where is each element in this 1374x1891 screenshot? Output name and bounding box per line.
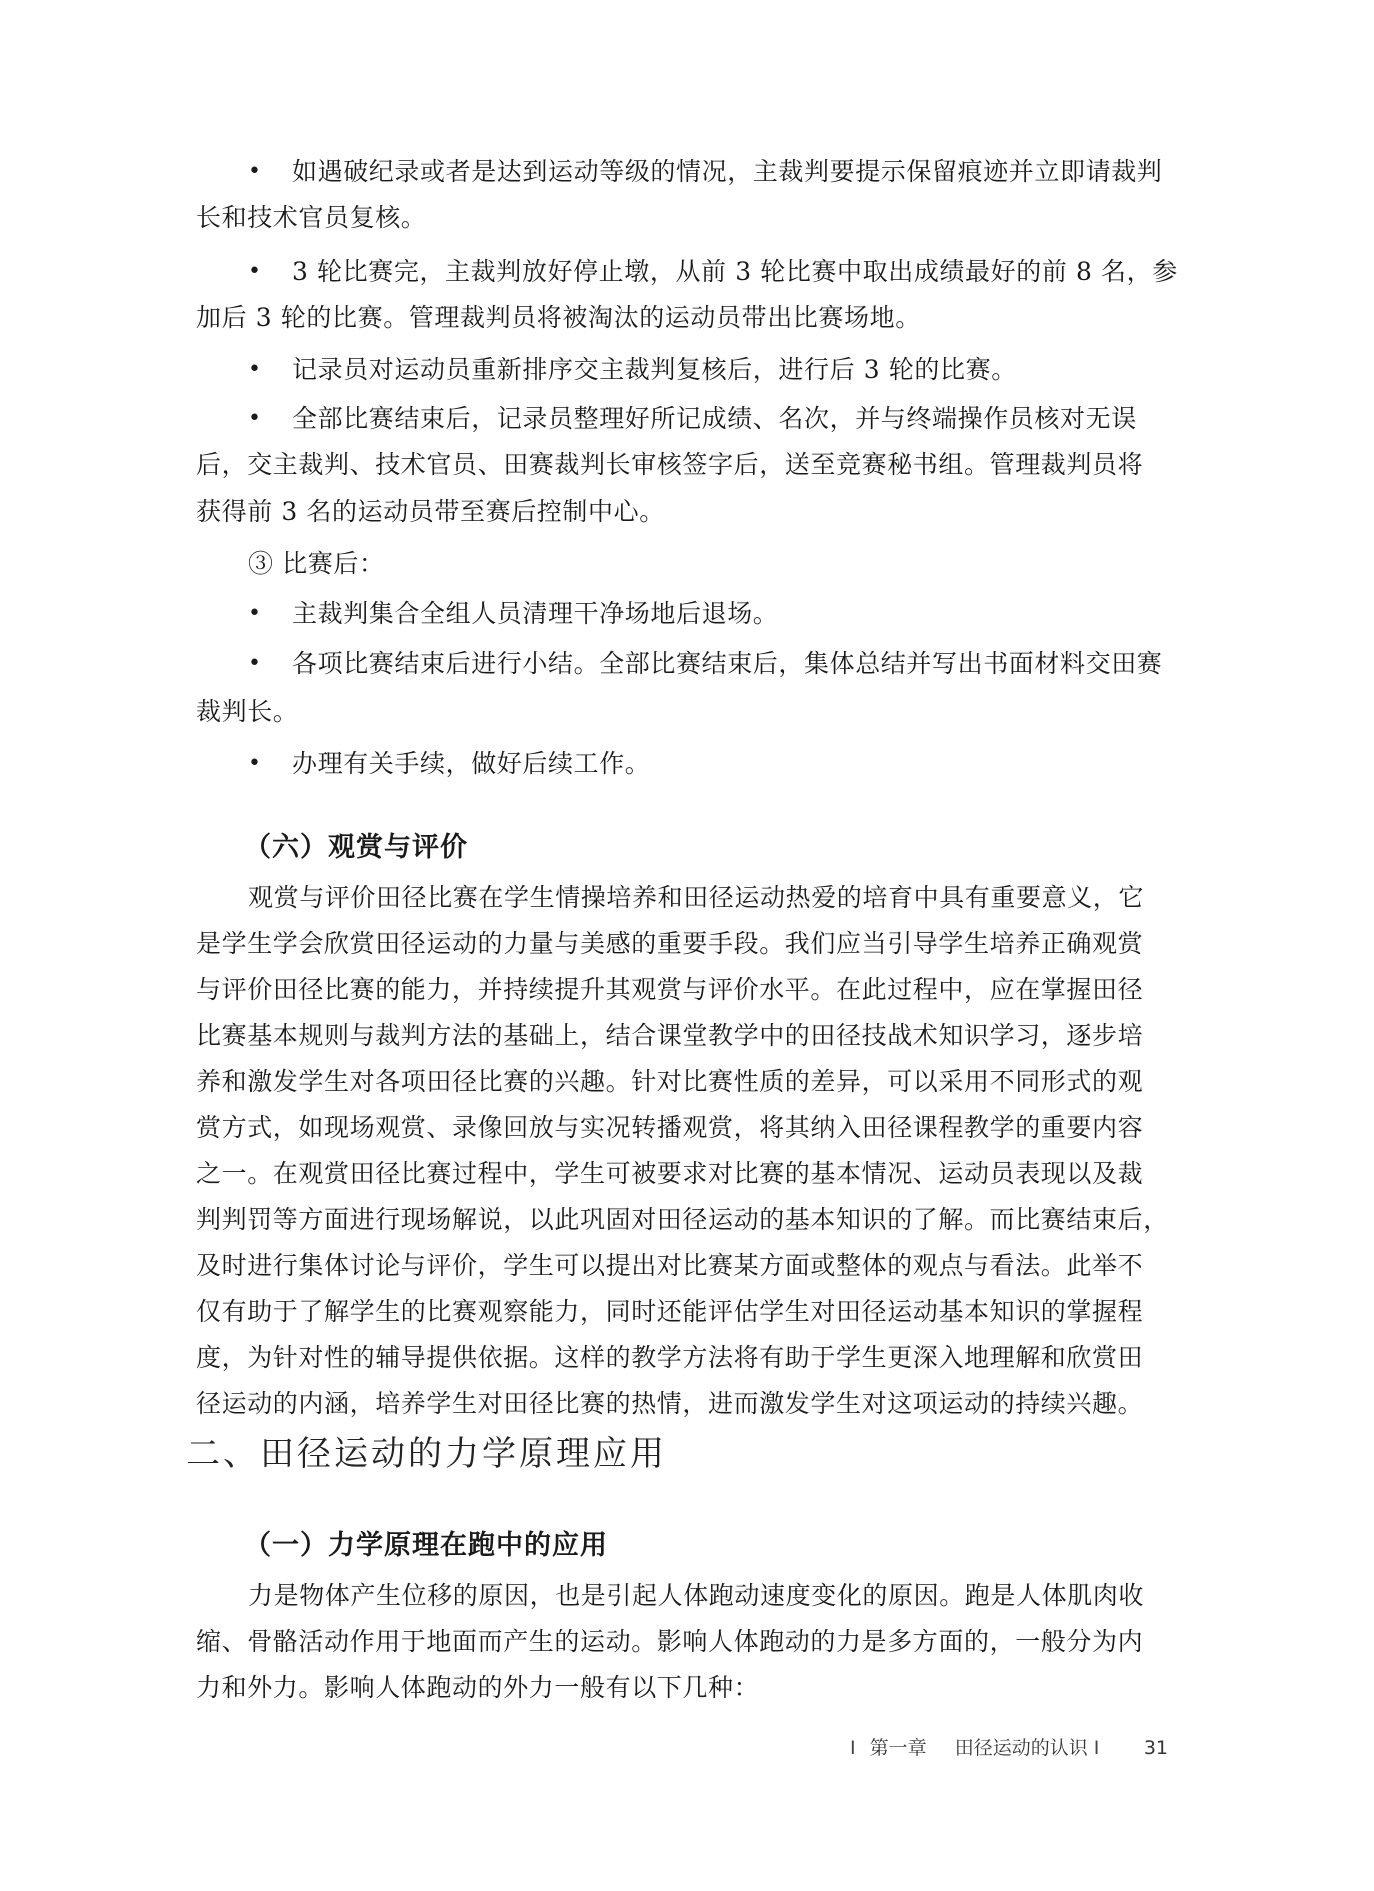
paragraph-line: 仅有助于了解学生的比赛观察能力，同时还能评估学生对田径运动基本知识的掌握程 (196, 1292, 1186, 1332)
paragraph-line: 力和外力。影响人体跑动的外力一般有以下几种： (196, 1668, 1186, 1708)
paragraph-line: 比赛基本规则与裁判方法的基础上，结合课堂教学中的田径技战术知识学习，逐步培 (196, 1016, 1186, 1056)
bullet-icon: • (248, 594, 262, 634)
bullet-icon: • (248, 152, 262, 192)
bullet-icon: • (248, 399, 262, 439)
footer-divider-left: I (850, 1733, 856, 1763)
after-match-label: ③ 比赛后： (196, 544, 1238, 584)
bullet-icon: • (248, 644, 262, 684)
book-page: • 如遇破纪录或者是达到运动等级的情况，主裁判要提示保留痕迹并立即请裁判 长和技… (0, 0, 1374, 1891)
paragraph-line: 及时进行集体讨论与评价，学生可以提出对比赛某方面或整体的观点与看法。此举不 (196, 1246, 1186, 1286)
footer-divider-right: I (1094, 1733, 1100, 1763)
footer-chapter: 第一章 (870, 1737, 927, 1759)
bullet-continuation: 获得前 3 名的运动员带至赛后控制中心。 (196, 492, 1186, 532)
paragraph-line: 判判罚等方面进行现场解说，以此巩固对田径运动的基本知识的了解。而比赛结束后， (196, 1200, 1186, 1240)
paragraph-line: 力是物体产生位移的原因，也是引起人体跑动速度变化的原因。跑是人体肌肉收 (196, 1576, 1238, 1616)
paragraph-line: 是学生学会欣赏田径运动的力量与美感的重要手段。我们应当引导学生培养正确观赏 (196, 924, 1186, 964)
paragraph-line: 观赏与评价田径比赛在学生情操培养和田径运动热爱的培育中具有重要意义，它 (196, 878, 1238, 918)
paragraph-line: 度，为针对性的辅导提供依据。这样的教学方法将有助于学生更深入地理解和欣赏田 (196, 1338, 1186, 1378)
bullet-icon: • (248, 350, 262, 390)
page-footer: I 第一章 田径运动的认识 I 31 (850, 1733, 1190, 1763)
bullet-continuation: 裁判长。 (196, 692, 1186, 732)
chapter-section-heading: 二、田径运动的力学原理应用 (186, 1430, 667, 1478)
paragraph-line: 径运动的内涵，培养学生对田径比赛的热情，进而激发学生对这项运动的持续兴趣。 (196, 1384, 1186, 1424)
paragraph-line: 缩、骨骼活动作用于地面而产生的运动。影响人体跑动的力是多方面的，一般分为内 (196, 1622, 1186, 1662)
paragraph-line: 养和激发学生对各项田径比赛的兴趣。针对比赛性质的差异，可以采用不同形式的观 (196, 1062, 1186, 1102)
bullet-continuation: 长和技术官员复核。 (196, 198, 1186, 238)
section-heading: （六）观赏与评价 (244, 828, 468, 868)
page-number: 31 (1144, 1733, 1168, 1763)
paragraph-line: 之一。在观赏田径比赛过程中，学生可被要求对比赛的基本情况、运动员表现以及裁 (196, 1154, 1186, 1194)
paragraph-line: 与评价田径比赛的能力，并持续提升其观赏与评价水平。在此过程中，应在掌握田径 (196, 970, 1186, 1010)
paragraph-line: 赏方式，如现场观赏、录像回放与实况转播观赏，将其纳入田径课程教学的重要内容 (196, 1108, 1186, 1148)
bullet-icon: • (248, 744, 262, 784)
footer-chapter-title: 田径运动的认识 (955, 1737, 1088, 1759)
bullet-continuation: 加后 3 轮的比赛。管理裁判员将被淘汰的运动员带出比赛场地。 (196, 298, 1186, 338)
bullet-icon: • (248, 252, 262, 292)
subsection-heading: （一）力学原理在跑中的应用 (244, 1526, 608, 1566)
bullet-continuation: 后，交主裁判、技术官员、田赛裁判长审核签字后，送至竞赛秘书组。管理裁判员将 (196, 445, 1186, 485)
